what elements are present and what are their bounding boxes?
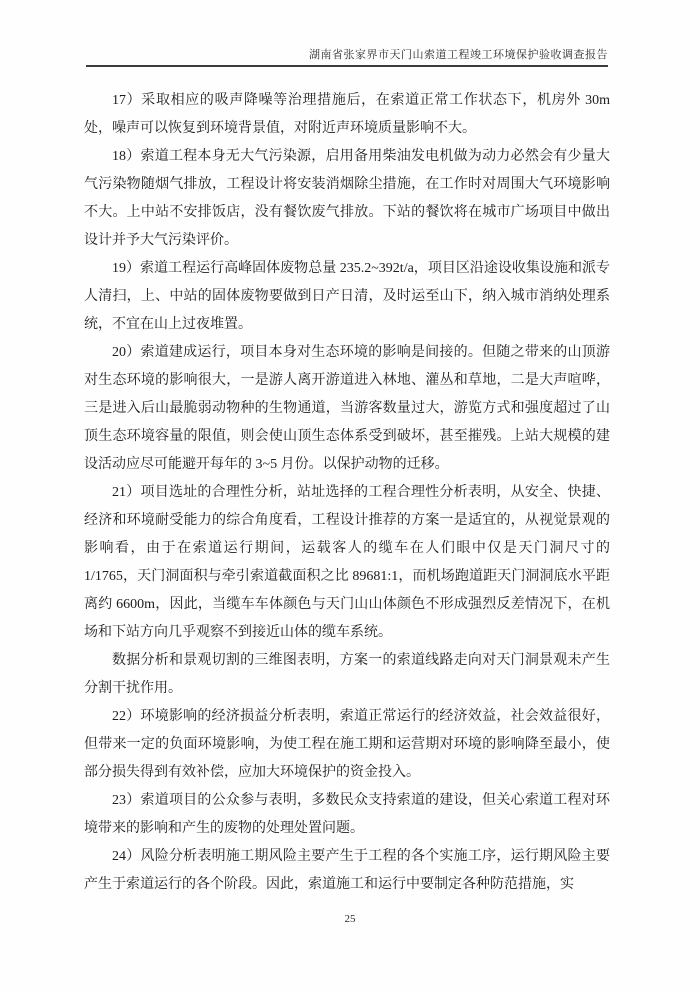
paragraph-20: 20）索道建成运行，项目本身对生态环境的影响是间接的。但随之带来的山顶游对生态环… [84,339,610,479]
paragraph-23: 23）索道项目的公众参与表明，多数民众支持索道的建设，但关心索道工程对环境带来的… [84,787,610,843]
paragraph-24: 24）风险分析表明施工期风险主要产生于工程的各个实施工序，运行期风险主要产生于索… [84,843,610,899]
paragraph-18: 18）索道工程本身无大气污染源，启用备用柴油发电机做为动力必然会有少量大气污染物… [84,143,610,255]
paragraph-22: 22）环境影响的经济损益分析表明，索道正常运行的经济效益，社会效益很好，但带来一… [84,703,610,787]
paragraph-21-continued: 数据分析和景观切割的三维图表明，方案一的索道线路走向对天门洞景观未产生分割干扰作… [84,647,610,703]
header-rule [86,65,608,67]
paragraph-17: 17）采取相应的吸声降噪等治理措施后，在索道正常工作状态下，机房外 30m 处，… [84,87,610,143]
page-number: 25 [0,913,700,925]
document-page: 湖南省张家界市天门山索道工程竣工环境保护验收调查报告 17）采取相应的吸声降噪等… [0,0,700,990]
paragraph-21: 21）项目选址的合理性分析，站址选择的工程合理性分析表明，从安全、快捷、经济和环… [84,479,610,647]
page-header-title: 湖南省张家界市天门山索道工程竣工环境保护验收调查报告 [86,46,608,62]
paragraph-19: 19）索道工程运行高峰固体废物总量 235.2~392t/a，项目区沿途设收集设… [84,255,610,339]
document-body: 17）采取相应的吸声降噪等治理措施后，在索道正常工作状态下，机房外 30m 处，… [84,87,610,899]
